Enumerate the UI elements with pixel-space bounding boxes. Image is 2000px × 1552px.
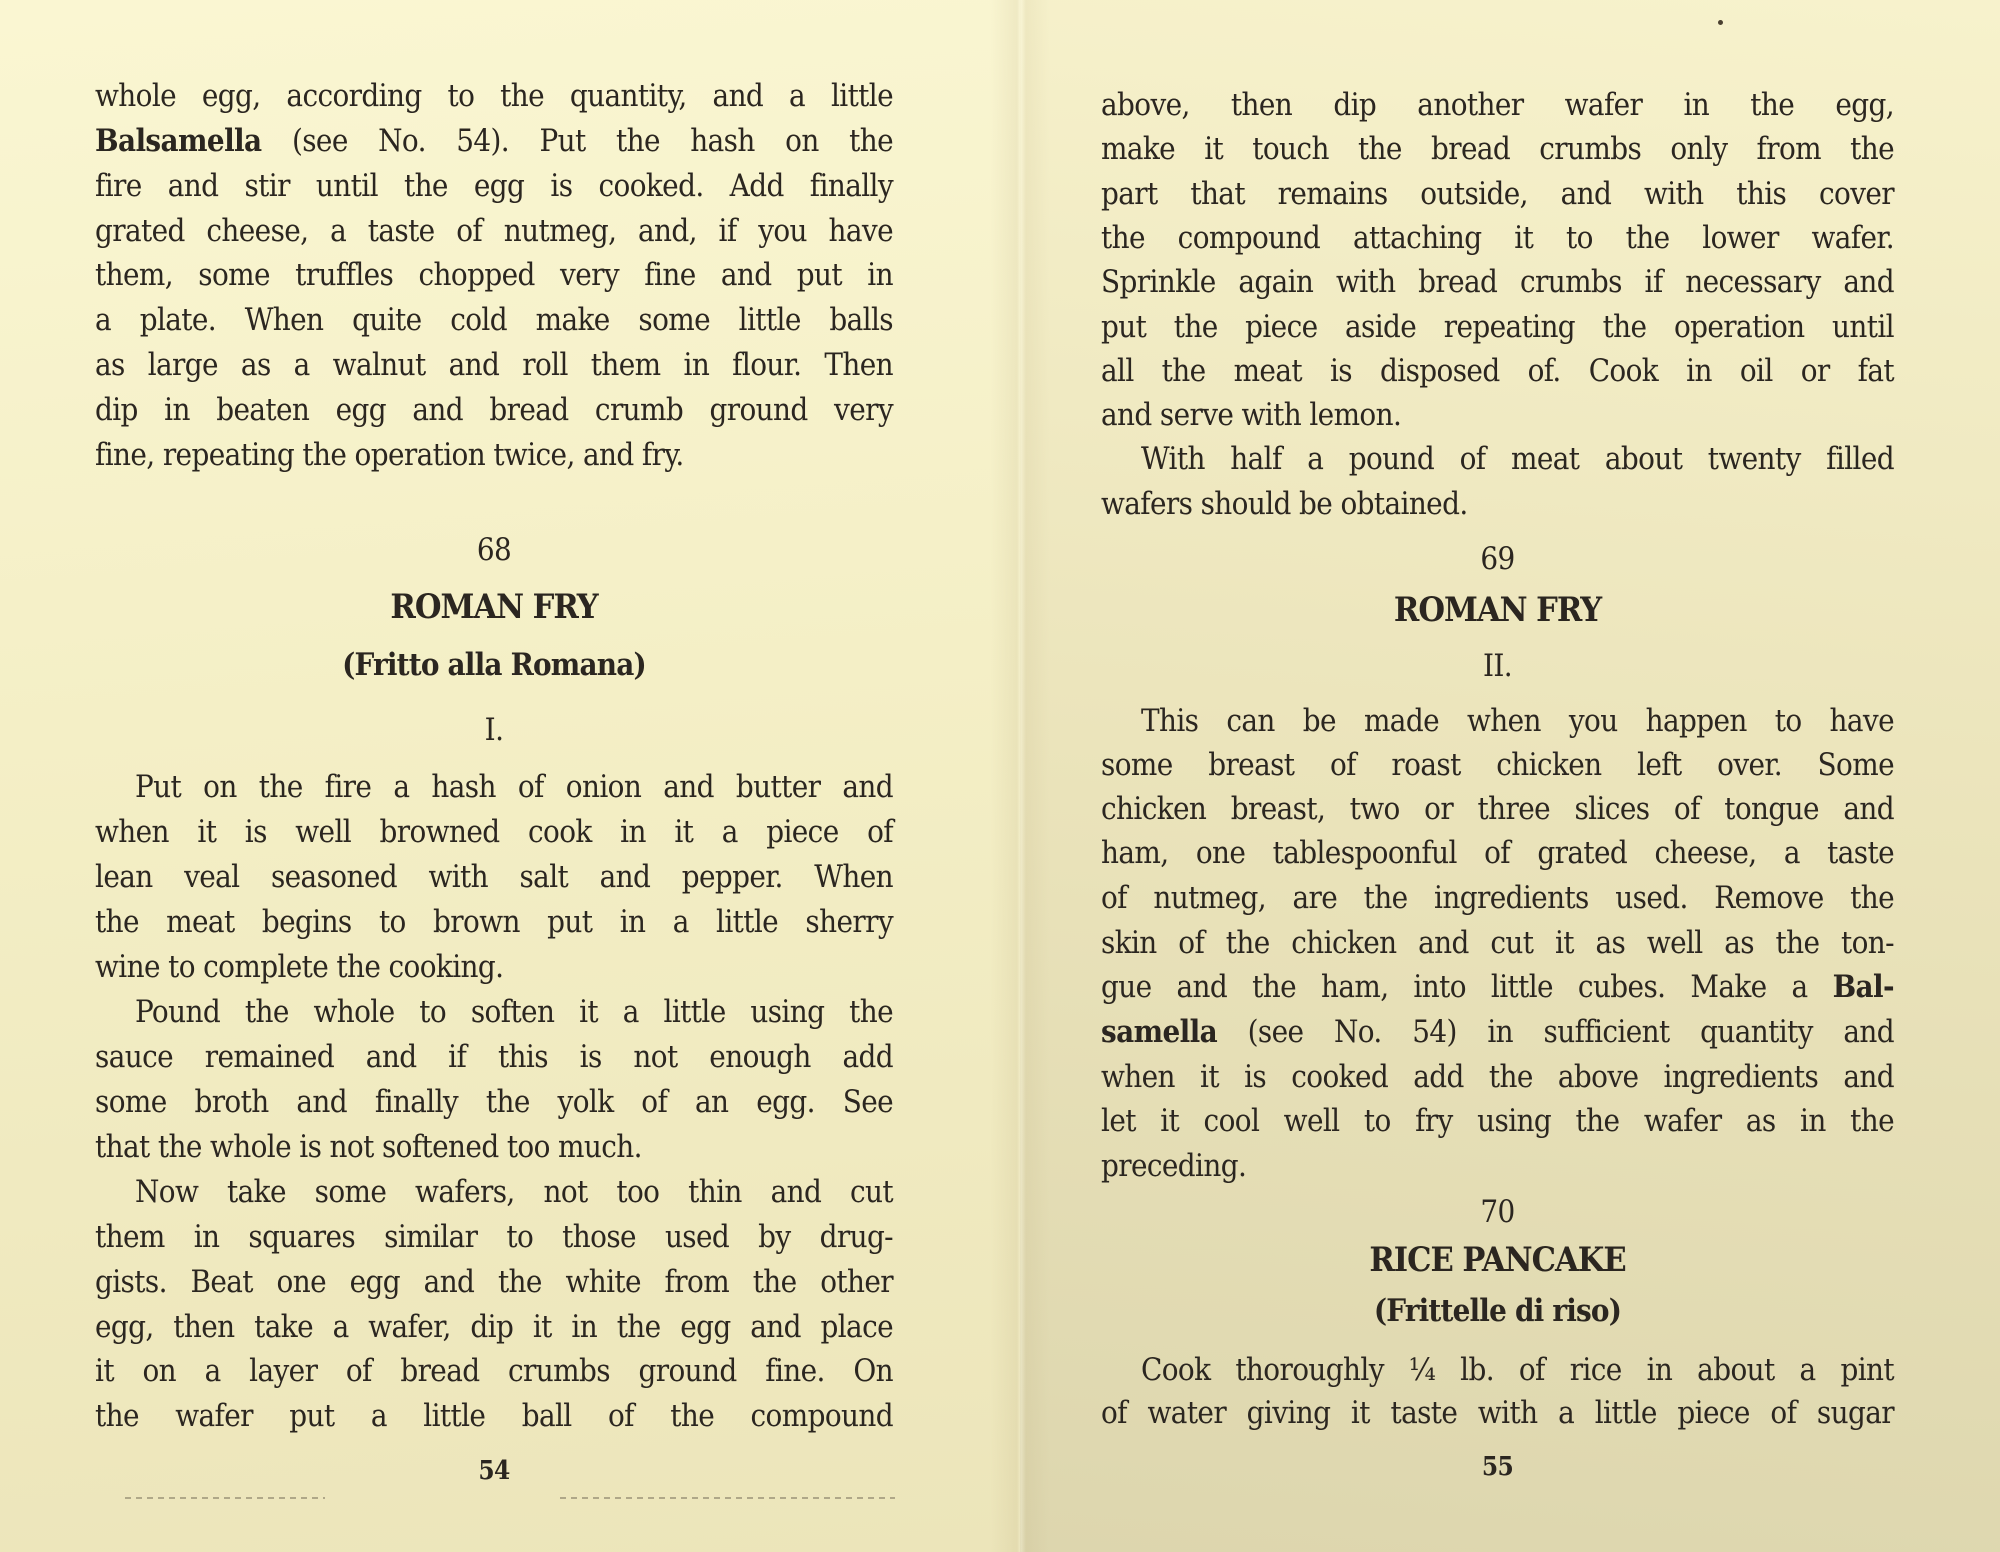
recipe-variant: I. xyxy=(95,710,893,750)
text-line: Sprinkle again with bread crumbs if nece… xyxy=(1101,262,1894,302)
text-line: samella (see No. 54) in sufficient quant… xyxy=(1101,1012,1894,1052)
text-line: gue and the ham, into little cubes. Make… xyxy=(1101,967,1894,1007)
text-line: Put on the fire a hash of onion and butt… xyxy=(95,767,893,807)
left-page: whole egg, according to the quantity, an… xyxy=(0,0,1020,1552)
text-line: of nutmeg, are the ingredients used. Rem… xyxy=(1101,878,1894,918)
book-spread: whole egg, according to the quantity, an… xyxy=(0,0,2000,1552)
text-line: Balsamella (see No. 54). Put the hash on… xyxy=(95,121,893,161)
text-line: Cook thoroughly ¼ lb. of rice in about a… xyxy=(1101,1350,1894,1390)
text-line: when it is cooked add the above ingredie… xyxy=(1101,1057,1894,1097)
text-line: ham, one tablespoonful of grated cheese,… xyxy=(1101,833,1894,873)
recipe-title: ROMAN FRY xyxy=(95,587,893,627)
page-number: 55 xyxy=(1101,1447,1894,1487)
text-line: gists. Beat one egg and the white from t… xyxy=(95,1262,893,1302)
bold-term: Balsamella xyxy=(95,123,262,159)
text-line: the compound attaching it to the lower w… xyxy=(1101,218,1894,258)
text-line: sauce remained and if this is not enough… xyxy=(95,1037,893,1077)
recipe-title: RICE PANCAKE xyxy=(1101,1240,1894,1280)
recipe-number: 69 xyxy=(1101,539,1894,579)
text-line: make it touch the bread crumbs only from… xyxy=(1101,129,1894,169)
text-line: lean veal seasoned with salt and pepper.… xyxy=(95,857,893,897)
text-line: the wafer put a little ball of the compo… xyxy=(95,1396,893,1436)
text-line: preceding. xyxy=(1101,1146,1894,1186)
text-line: put the piece aside repeating the operat… xyxy=(1101,307,1894,347)
text-line: whole egg, according to the quantity, an… xyxy=(95,76,893,116)
text-line: a plate. When quite cold make some littl… xyxy=(95,300,893,340)
text-line: as large as a walnut and roll them in fl… xyxy=(95,345,893,385)
text-line: This can be made when you happen to have xyxy=(1101,701,1894,741)
recipe-title: ROMAN FRY xyxy=(1101,590,1894,630)
print-artifact xyxy=(560,1497,895,1499)
recipe-number: 70 xyxy=(1101,1192,1894,1232)
text-line: egg, then take a wafer, dip it in the eg… xyxy=(95,1307,893,1347)
text-line: Pound the whole to soften it a little us… xyxy=(95,992,893,1032)
text-line: above, then dip another wafer in the egg… xyxy=(1101,85,1894,125)
text-line: grated cheese, a taste of nutmeg, and, i… xyxy=(95,211,893,251)
text-line: that the whole is not softened too much. xyxy=(95,1127,893,1167)
text-line: chicken breast, two or three slices of t… xyxy=(1101,789,1894,829)
paper-speck xyxy=(1718,20,1723,25)
text-line: some breast of roast chicken left over. … xyxy=(1101,745,1894,785)
text-line: skin of the chicken and cut it as well a… xyxy=(1101,923,1894,963)
text-line: fire and stir until the egg is cooked. A… xyxy=(95,166,893,206)
text-line: part that remains outside, and with this… xyxy=(1101,174,1894,214)
recipe-variant: II. xyxy=(1101,646,1894,686)
text-line: fine, repeating the operation twice, and… xyxy=(95,435,893,475)
text-line: them, some truffles chopped very fine an… xyxy=(95,255,893,295)
text-line: With half a pound of meat about twenty f… xyxy=(1101,439,1894,479)
text-line: them in squares similar to those used by… xyxy=(95,1217,893,1257)
text-line: Now take some wafers, not too thin and c… xyxy=(95,1172,893,1212)
text-line: it on a layer of bread crumbs ground fin… xyxy=(95,1351,893,1391)
recipe-subtitle: (Frittelle di riso) xyxy=(1101,1291,1894,1331)
text-line: wafers should be obtained. xyxy=(1101,484,1894,524)
text-line: some broth and finally the yolk of an eg… xyxy=(95,1082,893,1122)
text-line: all the meat is disposed of. Cook in oil… xyxy=(1101,351,1894,391)
bold-term: samella xyxy=(1101,1014,1217,1050)
book-gutter xyxy=(990,0,1050,1552)
recipe-subtitle: (Fritto alla Romana) xyxy=(95,645,893,685)
text-line: the meat begins to brown put in a little… xyxy=(95,902,893,942)
text-line: of water giving it taste with a little p… xyxy=(1101,1393,1894,1433)
text-line: let it cool well to fry using the wafer … xyxy=(1101,1101,1894,1141)
page-number: 54 xyxy=(95,1451,893,1491)
text-line: dip in beaten egg and bread crumb ground… xyxy=(95,390,893,430)
print-artifact xyxy=(125,1497,325,1499)
recipe-number: 68 xyxy=(95,530,893,570)
text-line: and serve with lemon. xyxy=(1101,395,1894,435)
text-line: wine to complete the cooking. xyxy=(95,947,893,987)
text-line: when it is well browned cook in it a pie… xyxy=(95,812,893,852)
bold-term: Bal- xyxy=(1833,969,1894,1005)
